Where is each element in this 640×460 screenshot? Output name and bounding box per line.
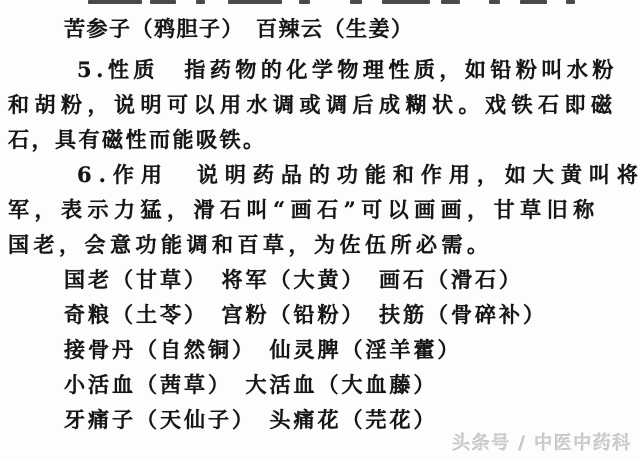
- section-6-zuoyong-line-1: 6.作用 说明药品的功能和作用，如大黄叫将: [77, 162, 640, 188]
- section-5-xingzhi-line-3: 石，具有磁性而能吸铁。: [8, 127, 267, 153]
- section-6-zuoyong-line-3: 国老，会意功能调和百草，为佐伍所必需。: [8, 232, 493, 258]
- alias-list-line-4: 小活血（茜草） 大活血（大血藤）: [64, 372, 438, 398]
- alias-list-line-5: 牙痛子（天仙子） 头痛花（芫花）: [64, 407, 438, 433]
- section-5-xingzhi-line-2: 和胡粉，说明可以用水调或调后成糊状。戏铁石即磁: [8, 92, 618, 118]
- section-6-zuoyong-line-2: 军，表示力猛，滑石叫“画石”可以画画，甘草旧称: [8, 197, 600, 223]
- alias-list-line-2: 奇粮（土苓） 宫粉（铅粉） 扶筋（骨碎补）: [64, 302, 547, 328]
- alias-pair-line: 苦参子（鸦胆子） 百辣云（生姜）: [64, 16, 414, 42]
- alias-list-line-1: 国老（甘草） 将军（大黄） 画石（滑石）: [64, 267, 523, 293]
- toutiao-watermark: 头条号 / 中医中药科: [452, 432, 632, 456]
- section-5-xingzhi-line-1: 5.性质 指药物的化学物理性质，如铅粉叫水粉: [77, 57, 618, 83]
- scanned-book-page: 苦参子（鸦胆子） 百辣云（生姜） 5.性质 指药物的化学物理性质，如铅粉叫水粉 …: [0, 0, 640, 460]
- alias-list-line-3: 接骨丹（自然铜） 仙灵脾（淫羊藿）: [64, 337, 462, 363]
